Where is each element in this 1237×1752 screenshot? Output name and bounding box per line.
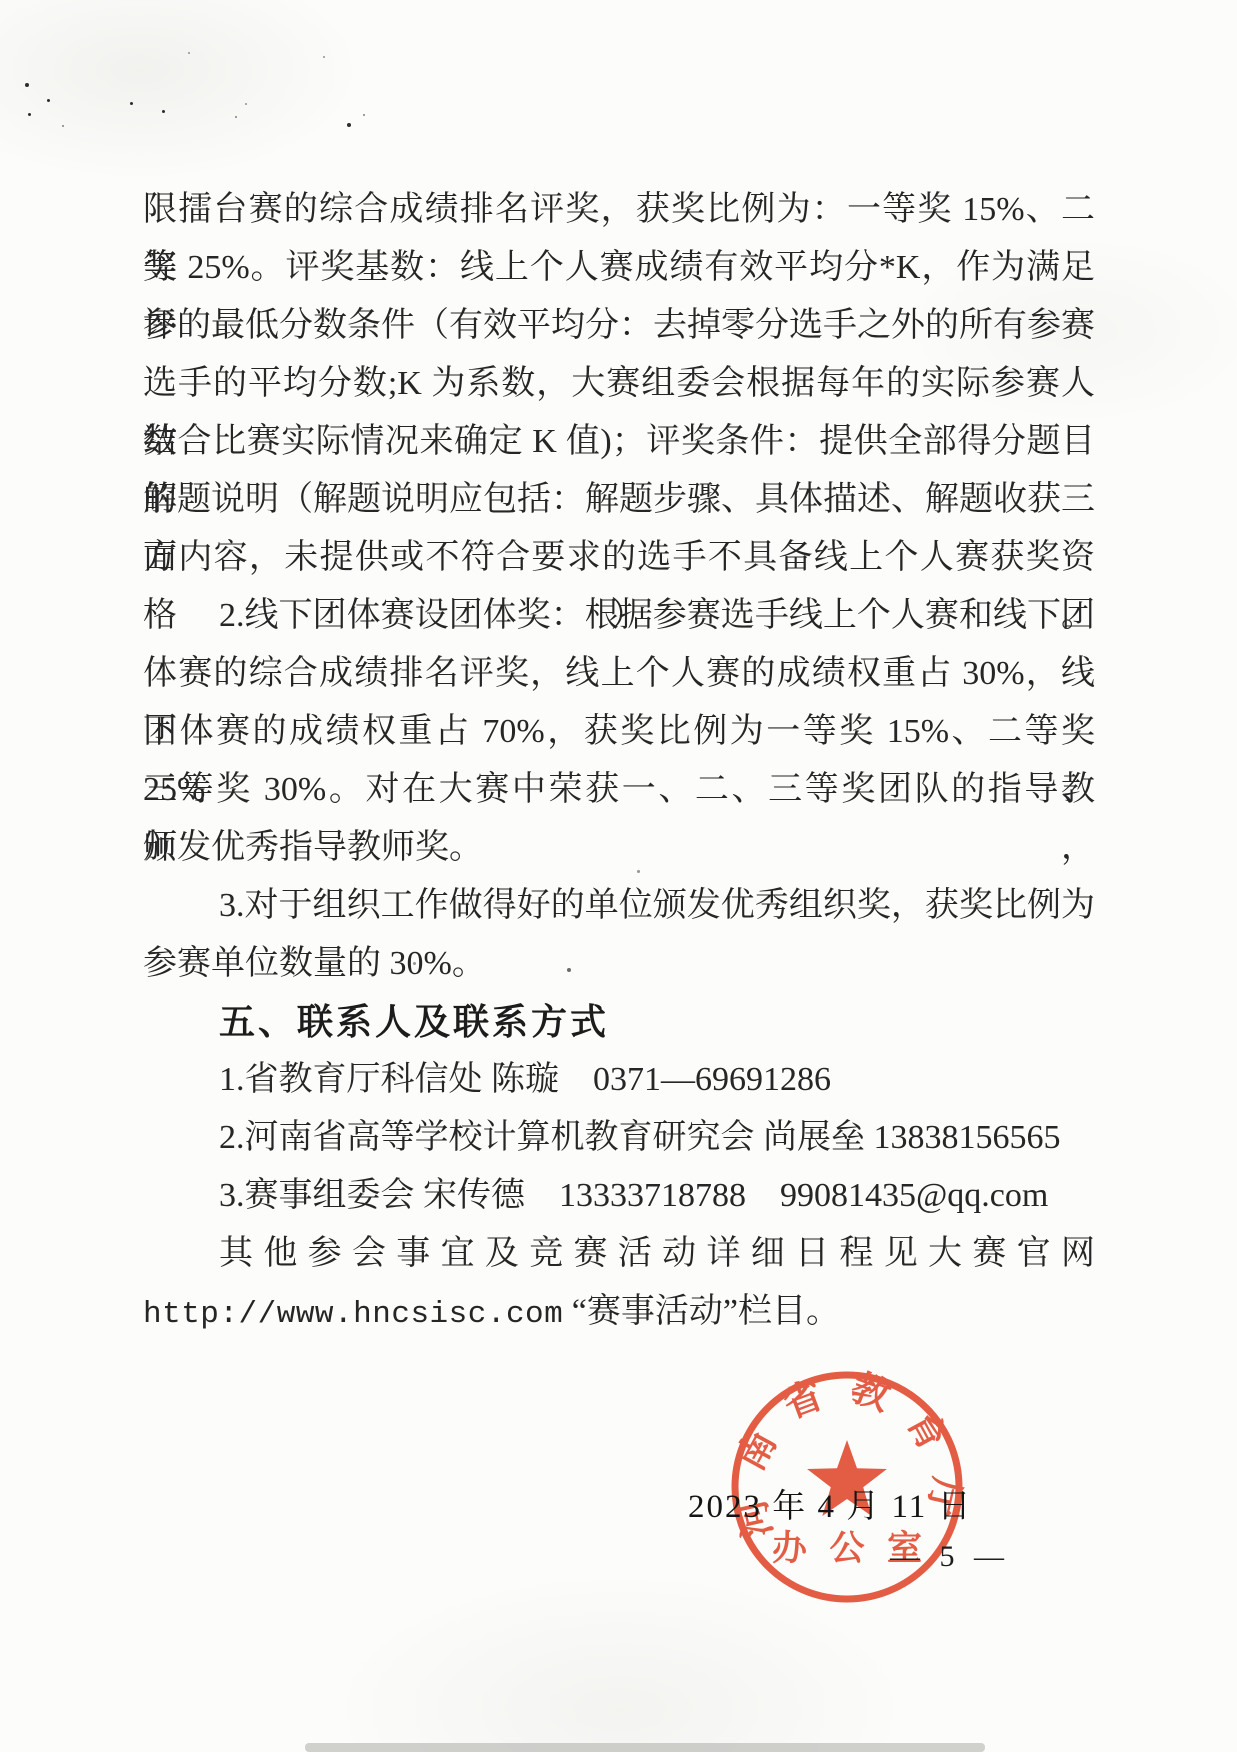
section-heading: 五、联系人及联系方式 xyxy=(143,993,1095,1051)
website-line: http://www.hncsisc.com “赛事活动”栏目。 xyxy=(143,1283,1095,1341)
body-line: 3.对于组织工作做得好的单位颁发优秀组织奖，获奖比例为 xyxy=(143,877,1095,935)
scan-speck xyxy=(130,102,133,105)
contact-line: 2.河南省高等学校计算机教育研究会 尚展垒 13838156565 xyxy=(143,1109,1095,1167)
body-line: 限擂台赛的综合成绩排名评奖，获奖比例为：一等奖 15%、二等 xyxy=(143,181,1095,239)
scan-speck xyxy=(62,125,64,127)
body-line: 结合比赛实际情况来确定 K 值)；评奖条件：提供全部得分题目的 xyxy=(143,413,1095,471)
body-line: 面内容，未提供或不符合要求的选手不具备线上个人赛获奖资格）。 xyxy=(143,529,1095,587)
body-line: 评的最低分数条件（有效平均分：去掉零分选手之外的所有参赛 xyxy=(143,297,1095,355)
body-line: 解题说明（解题说明应包括：解题步骤、具体描述、解题收获三方 xyxy=(143,471,1095,529)
scan-speck xyxy=(363,114,365,116)
document-body: 限擂台赛的综合成绩排名评奖，获奖比例为：一等奖 15%、二等 奖 25%。评奖基… xyxy=(143,181,1095,1341)
scan-speck xyxy=(245,103,247,105)
body-line: 其他参会事宜及竞赛活动详细日程见大赛官网 xyxy=(143,1225,1095,1283)
body-line: 2.线下团体赛设团体奖：根据参赛选手线上个人赛和线下团 xyxy=(143,587,1095,645)
body-line: 团体赛的成绩权重占 70%，获奖比例为一等奖 15%、二等奖 25%、 xyxy=(143,703,1095,761)
body-line: 体赛的综合成绩排名评奖，线上个人赛的成绩权重占 30%，线下 xyxy=(143,645,1095,703)
website-suffix: “赛事活动”栏目。 xyxy=(563,1293,840,1330)
scan-speck xyxy=(162,110,165,113)
body-line: 奖 25%。评奖基数：线上个人赛成绩有效平均分*K，作为满足参 xyxy=(143,239,1095,297)
website-url: http://www.hncsisc.com xyxy=(143,1297,563,1332)
document-page: 限擂台赛的综合成绩排名评奖，获奖比例为：一等奖 15%、二等 奖 25%。评奖基… xyxy=(0,0,1237,1752)
scan-artifact-strip xyxy=(305,1743,985,1752)
body-line: 选手的平均分数;K 为系数，大赛组委会根据每年的实际参赛人数 xyxy=(143,355,1095,413)
body-line: 三等奖 30%。对在大赛中荣获一、二、三等奖团队的指导教师， xyxy=(143,761,1095,819)
scan-speck xyxy=(47,99,50,102)
page-number: — 5 — xyxy=(890,1540,1010,1574)
scan-speck xyxy=(235,116,237,118)
scan-speck xyxy=(323,56,325,58)
issue-date: 2023 年 4 月 11 日 xyxy=(688,1480,973,1527)
scan-speck xyxy=(188,52,190,54)
scan-speck xyxy=(347,123,351,127)
scan-speck xyxy=(28,113,31,116)
contact-line: 1.省教育厅科信处 陈璇 0371—69691286 xyxy=(143,1051,1095,1109)
scan-speck xyxy=(25,83,29,87)
contact-line: 3.赛事组委会 宋传德 13333718788 99081435@qq.com xyxy=(143,1167,1095,1225)
body-line: 参赛单位数量的 30%。 xyxy=(143,935,1095,993)
